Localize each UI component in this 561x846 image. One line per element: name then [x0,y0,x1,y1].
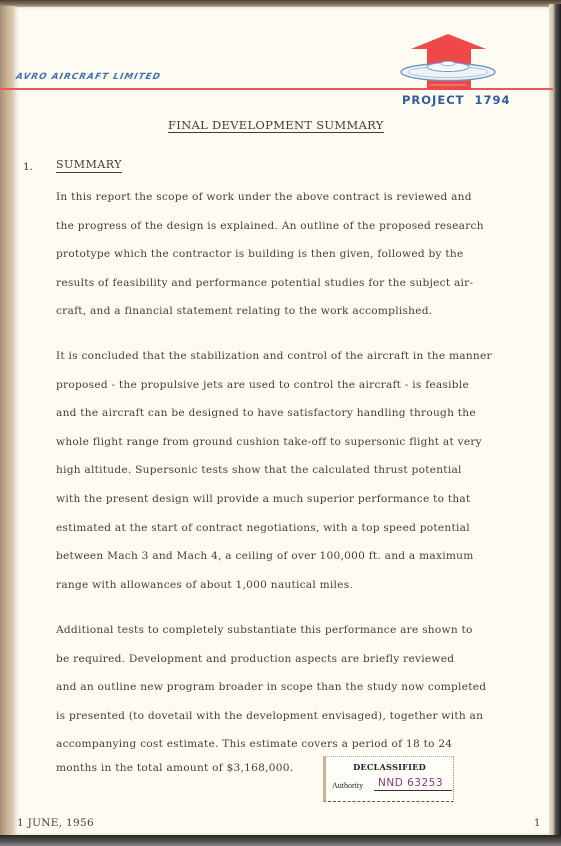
paragraph-line: and the aircraft can be designed to have… [56,399,546,428]
company-name: AVRO AIRCRAFT LIMITED [15,72,162,82]
summary-paragraph-1: In this report the scope of work under t… [56,183,546,326]
summary-paragraph-3: Additional tests to completely substanti… [56,616,546,759]
paragraph-line: between Mach 3 and Mach 4, a ceiling of … [56,542,546,571]
summary-paragraph-2: It is concluded that the stabilization a… [56,342,546,599]
paragraph-line: whole flight range from ground cushion t… [56,428,546,457]
declassified-stamp: DECLASSIFIED Authority NND 63253 [323,756,454,802]
footer-date: 1 JUNE, 1956 [17,817,94,829]
paragraph-line: results of feasibility and performance p… [56,269,546,298]
page-number: 1 [534,818,540,829]
paragraph-line: and an outline new program broader in sc… [56,673,546,702]
section-number: 1. [23,161,33,173]
section-heading: SUMMARY [56,158,122,173]
stamp-title: DECLASSIFIED [326,762,453,772]
stamp-authority-value: NND 63253 [374,777,452,791]
paragraph-final-line: months in the total amount of $3,168,000… [56,762,293,774]
paragraph-line: Additional tests to completely substanti… [56,616,546,645]
scan-bottom-edge [0,835,561,846]
document-title: FINAL DEVELOPMENT SUMMARY [168,118,384,133]
paragraph-line: the progress of the design is explained.… [56,212,546,241]
paragraph-line: In this report the scope of work under t… [56,183,546,212]
stamp-authority-label: Authority [332,781,363,790]
paragraph-line: with the present design will provide a m… [56,485,546,514]
paragraph-line: proposed - the propulsive jets are used … [56,371,546,400]
project-label: PROJECT 1794 [402,93,511,107]
book-binding-edge [0,6,15,838]
paragraph-line: It is concluded that the stabilization a… [56,342,546,371]
paragraph-line: high altitude. Supersonic tests show tha… [56,456,546,485]
paragraph-line: craft, and a financial statement relatin… [56,297,546,326]
paragraph-line: accompanying cost estimate. This estimat… [56,730,546,759]
red-arrow-flying-saucer-logo-icon [400,32,500,94]
scan-right-edge [549,4,561,846]
paragraph-line: be required. Development and production … [56,645,546,674]
paragraph-line: is presented (to dovetail with the devel… [56,702,546,731]
paragraph-line: range with allowances of about 1,000 nau… [56,571,546,600]
paragraph-line: prototype which the contractor is buildi… [56,240,546,269]
paragraph-line: estimated at the start of contract negot… [56,514,546,543]
